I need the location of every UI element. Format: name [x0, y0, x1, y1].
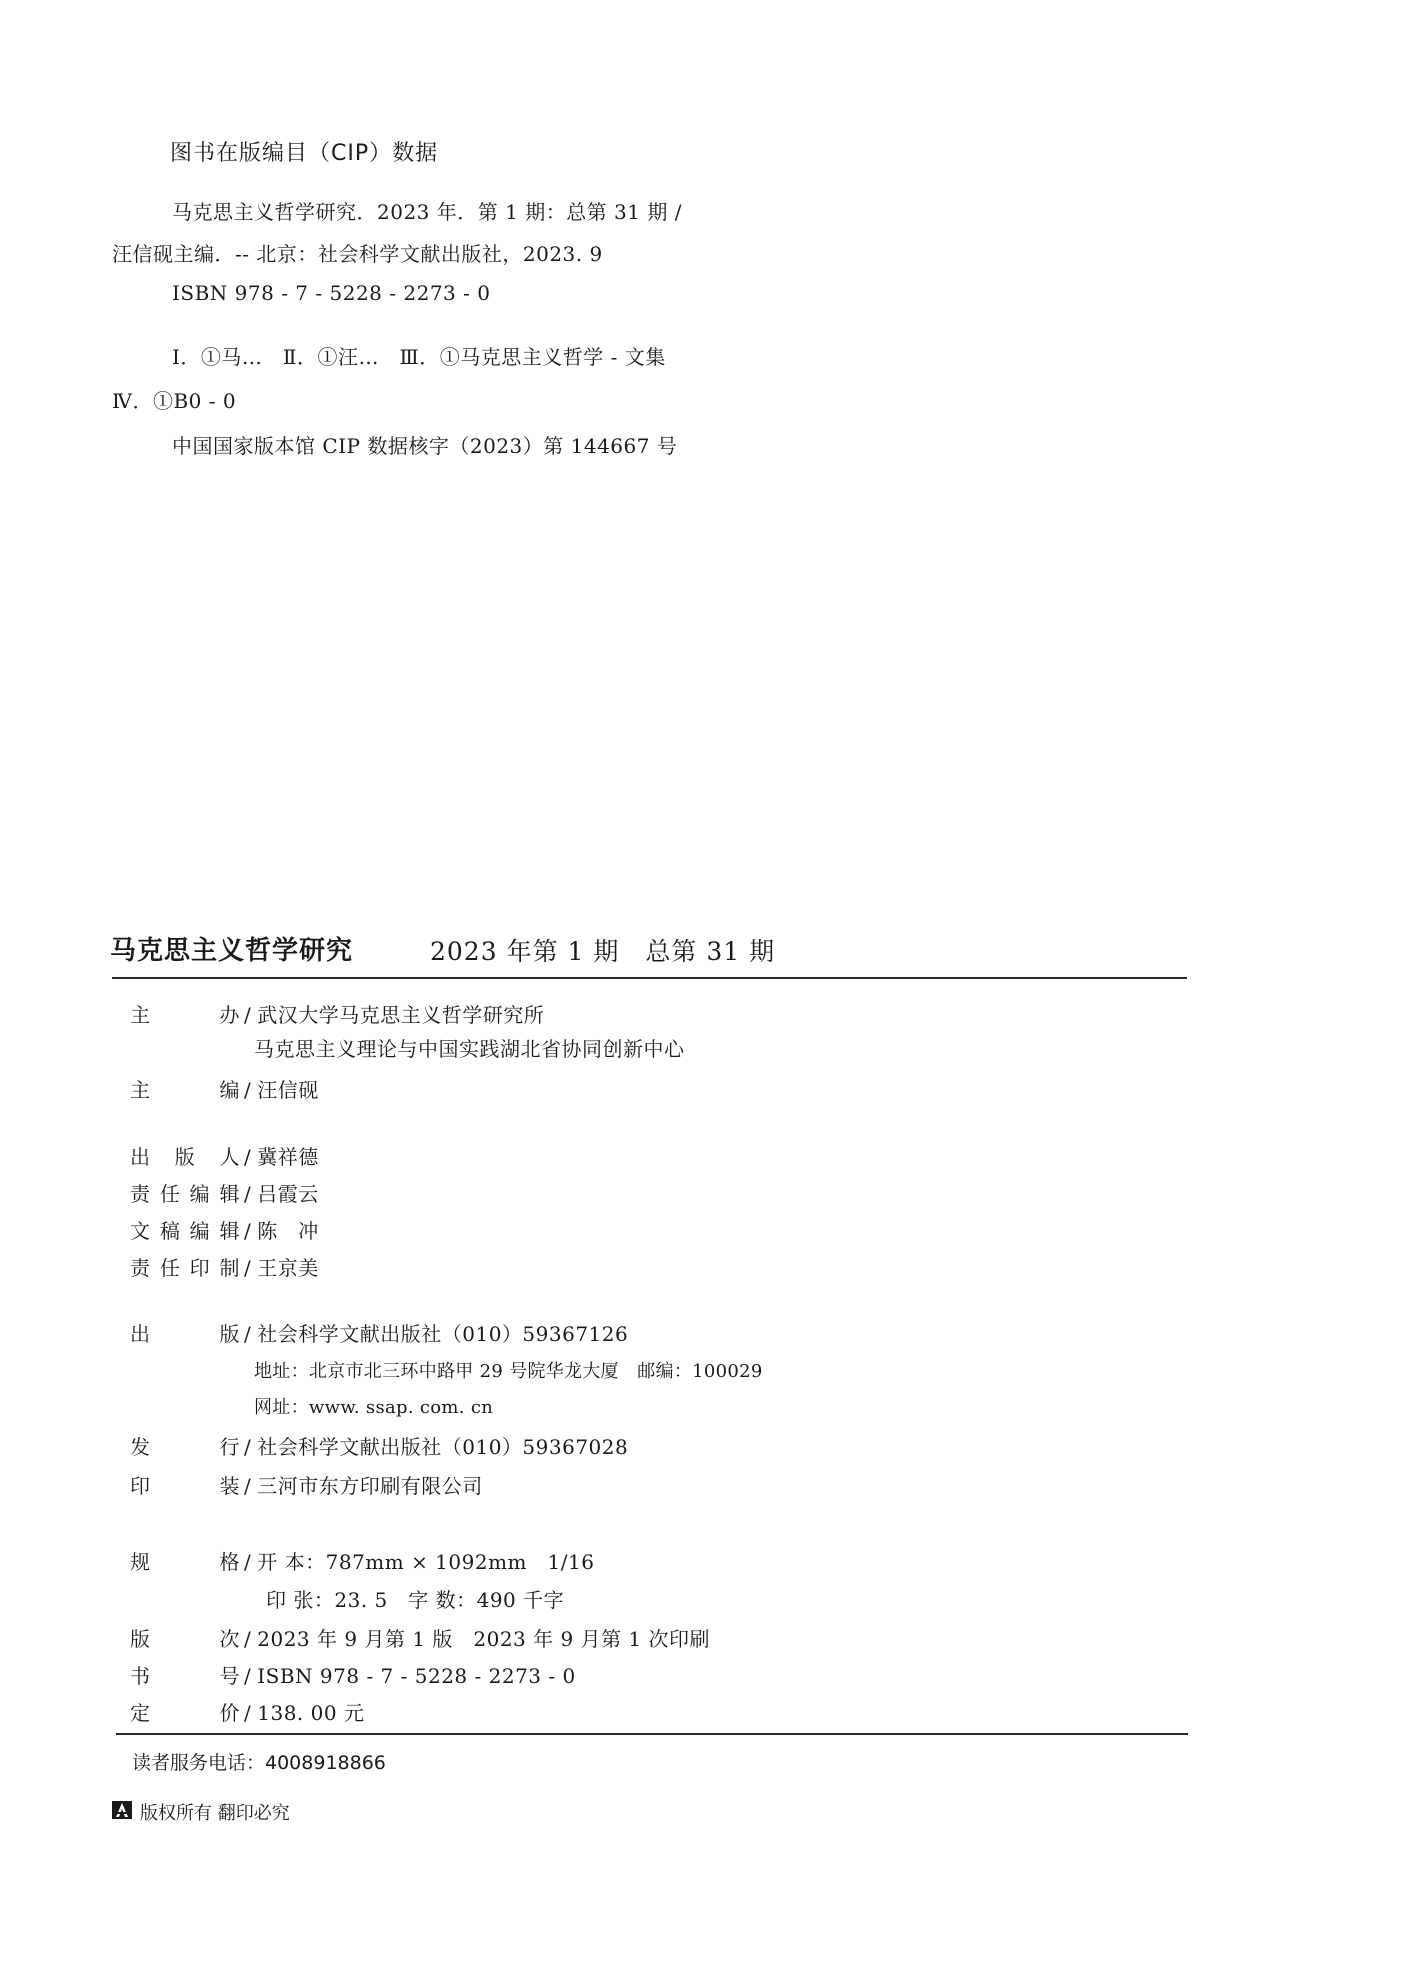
- row-edition: 版 次 / 2023 年 9 月第 1 版 2023 年 9 月第 1 次印刷: [130, 1623, 710, 1652]
- publisher-value: 社会科学文献出版社（010）59367126: [257, 1318, 628, 1347]
- cip-line-2: 汪信砚主编．-- 北京：社会科学文献出版社，2023. 9: [112, 238, 603, 267]
- copyright-notice: 版权所有 翻印必究: [140, 1799, 290, 1825]
- row-sponsor: 主 办 / 武汉大学马克思主义哲学研究所: [130, 999, 544, 1028]
- row-label: 主 办: [130, 999, 240, 1028]
- isbn-value: ISBN 978 - 7 - 5228 - 2273 - 0: [257, 1664, 575, 1688]
- printer-value: 三河市东方印刷有限公司: [257, 1470, 483, 1499]
- sheet-info-value: 印 张：23. 5 字 数：490 千字: [266, 1584, 564, 1613]
- cip-title: 图书在版编目（CIP）数据: [170, 136, 438, 167]
- format-value: 开 本：787mm × 1092mm 1/16: [257, 1546, 594, 1575]
- row-publisher-person: 出 版 人 / 冀祥德: [130, 1141, 319, 1170]
- edition-value: 2023 年 9 月第 1 版 2023 年 9 月第 1 次印刷: [257, 1623, 710, 1652]
- row-editor-in-chief: 主 编 / 汪信砚: [130, 1074, 319, 1103]
- print-supervisor-value: 王京美: [257, 1252, 319, 1281]
- top-rule-divider: [112, 977, 1187, 979]
- row-sheet-info: 印 张：23. 5 字 数：490 千字: [266, 1584, 564, 1613]
- cip-classification-1: Ⅰ．①马… Ⅱ．①汪… Ⅲ．①马克思主义哲学 - 文集: [172, 341, 666, 370]
- row-sponsor-2: 马克思主义理论与中国实践湖北省协同创新中心: [254, 1033, 685, 1062]
- publisher-address: 地址：北京市北三环中路甲 29 号院华龙大厦 邮编：100029: [254, 1357, 763, 1383]
- row-copy-editor: 文 稿 编 辑 / 陈 冲: [130, 1215, 319, 1244]
- cip-verification: 中国国家版本馆 CIP 数据核字（2023）第 144667 号: [172, 430, 677, 459]
- row-format: 规 格 / 开 本：787mm × 1092mm 1/16: [130, 1546, 594, 1575]
- cip-line-1: 马克思主义哲学研究．2023 年．第 1 期：总第 31 期 /: [172, 196, 682, 225]
- bottom-rule-divider: [116, 1733, 1188, 1735]
- row-isbn: 书 号 / ISBN 978 - 7 - 5228 - 2273 - 0: [130, 1660, 576, 1689]
- journal-title: 马克思主义哲学研究: [110, 930, 353, 967]
- reader-service-phone: 读者服务电话：4008918866: [132, 1748, 386, 1775]
- journal-issue: 2023 年第 1 期 总第 31 期: [430, 932, 775, 968]
- row-price: 定 价 / 138. 00 元: [130, 1697, 364, 1726]
- price-value: 138. 00 元: [257, 1697, 364, 1726]
- publisher-person-value: 冀祥德: [257, 1141, 319, 1170]
- distributor-value: 社会科学文献出版社（010）59367028: [257, 1431, 628, 1460]
- row-print-supervisor: 责 任 印 制 / 王京美: [130, 1252, 319, 1281]
- cip-isbn: ISBN 978 - 7 - 5228 - 2273 - 0: [172, 281, 490, 305]
- row-publisher: 出 版 / 社会科学文献出版社（010）59367126: [130, 1318, 628, 1347]
- editor-in-chief-value: 汪信砚: [257, 1074, 319, 1103]
- row-distributor: 发 行 / 社会科学文献出版社（010）59367028: [130, 1431, 628, 1460]
- copy-editor-value: 陈 冲: [257, 1215, 319, 1244]
- ssap-logo-icon: [112, 1801, 132, 1819]
- publisher-website: 网址：www. ssap. com. cn: [254, 1393, 493, 1419]
- sponsor-value: 武汉大学马克思主义哲学研究所: [257, 999, 544, 1028]
- row-printer: 印 装 / 三河市东方印刷有限公司: [130, 1470, 483, 1499]
- co-sponsor-value: 马克思主义理论与中国实践湖北省协同创新中心: [254, 1033, 685, 1062]
- responsible-editor-value: 吕霞云: [257, 1178, 319, 1207]
- row-responsible-editor: 责 任 编 辑 / 吕霞云: [130, 1178, 319, 1207]
- cip-classification-2: Ⅳ．①B0 - 0: [112, 385, 236, 414]
